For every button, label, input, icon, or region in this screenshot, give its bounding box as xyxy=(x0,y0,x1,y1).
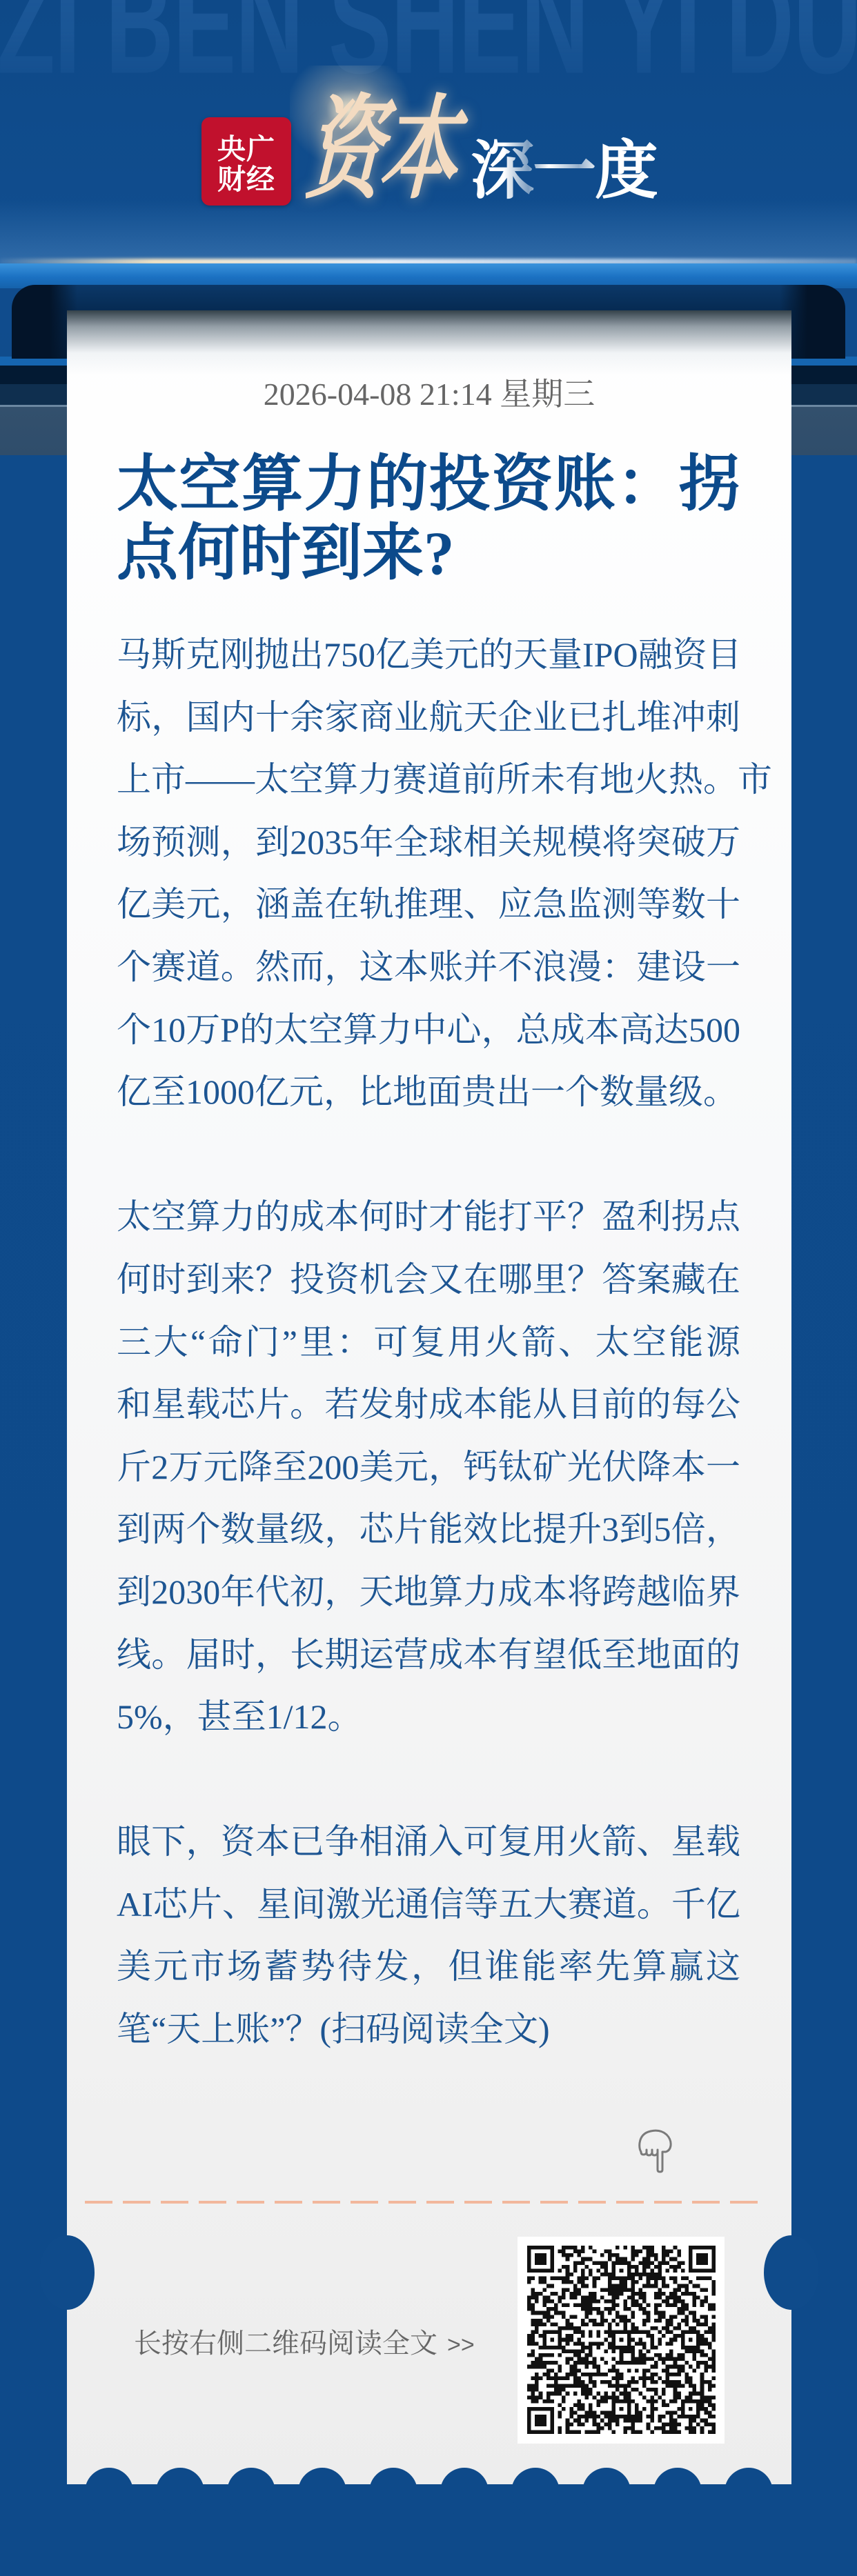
scallop xyxy=(85,2468,133,2516)
column-title-calligraphy: 资本 xyxy=(302,94,460,206)
scallop xyxy=(440,2468,489,2516)
body-line: 眼下，资本已争相涌入可复用火箭、星载 xyxy=(117,1810,740,1873)
ticket-notch-right xyxy=(764,2235,819,2310)
scallop xyxy=(653,2468,702,2516)
hand-pointing-down-icon xyxy=(638,2129,673,2173)
title-line: 点何时到来? xyxy=(117,519,740,588)
paragraph: 眼下，资本已争相涌入可复用火箭、星载 AI芯片、星间激光通信等五大赛道。千亿 美… xyxy=(117,1810,740,2060)
body-line: 和星载芯片。若发射成本能从目前的每公 xyxy=(117,1373,740,1436)
dashed-divider xyxy=(85,2201,768,2204)
body-line: 5%，甚至1/12。 xyxy=(117,1686,740,1748)
qr-code-pattern xyxy=(527,2246,716,2434)
paragraph: 太空算力的成本何时才能打平？盈利拐点 何时到来？投资机会又在哪里？答案藏在 三大… xyxy=(117,1186,740,1748)
hint-text: 长按右侧二维码阅读全文 xyxy=(134,2328,437,2359)
scallop xyxy=(227,2468,275,2516)
paper-top-shadow xyxy=(67,310,791,376)
double-chevron-right-icon: >> xyxy=(447,2332,475,2358)
publish-datetime: 2026-04-08 21:14 星期三 xyxy=(67,374,791,415)
body-line: 上市——太空算力赛道前所未有地火热。市 xyxy=(117,748,740,811)
body-line: 三大“命门”里：可复用火箭、太空能源 xyxy=(117,1311,740,1374)
article-paper: 2026-04-08 21:14 星期三 太空算力的投资账：拐 点何时到来? 马… xyxy=(67,310,791,2484)
title-line: 太空算力的投资账：拐 xyxy=(117,450,740,519)
body-line: 何时到来？投资机会又在哪里？答案藏在 xyxy=(117,1248,740,1311)
ticket-notch-left xyxy=(39,2235,95,2310)
scallop xyxy=(725,2468,773,2516)
body-line: 亿至1000亿元，比地面贵出一个数量级。 xyxy=(117,1061,740,1124)
scallop xyxy=(511,2468,560,2516)
logo-line-2: 财经 xyxy=(217,164,275,194)
read-full-hint: 长按右侧二维码阅读全文>> xyxy=(134,2328,475,2360)
body-line: 笔“天上账”？(扫码阅读全文) xyxy=(117,1998,740,2061)
body-line: 美元市场蓄势待发，但谁能率先算赢这 xyxy=(117,1935,740,1998)
logo-line-1: 央广 xyxy=(217,134,275,164)
body-line: 马斯克刚抛出750亿美元的天量IPO融资目 xyxy=(117,623,740,686)
body-line: 线。届时，长期运营成本有望低至地面的 xyxy=(117,1624,740,1686)
body-line: 标，国内十余家商业航天企业已扎堆冲刺 xyxy=(117,686,740,749)
scallop xyxy=(582,2468,631,2516)
body-line: 斤2万元降至200美元，钙钛矿光伏降本一 xyxy=(117,1436,740,1499)
body-line: 个赛道。然而，这本账并不浪漫：建设一 xyxy=(117,936,740,999)
article-title: 太空算力的投资账：拐 点何时到来? xyxy=(117,450,740,588)
header-watermark: ZI BEN SHEN YI DU xyxy=(0,0,857,97)
body-line: 到2030年代初，天地算力成本将跨越临界 xyxy=(117,1561,740,1624)
body-line: 到两个数量级，芯片能效比提升3到5倍， xyxy=(117,1498,740,1561)
cnr-finance-logo: 央广 财经 xyxy=(201,117,291,206)
scallop xyxy=(298,2468,346,2516)
body-line: AI芯片、星间激光通信等五大赛道。千亿 xyxy=(117,1873,740,1936)
qr-code[interactable] xyxy=(518,2237,725,2444)
scallop xyxy=(156,2468,204,2516)
column-title-bold: 深一度 xyxy=(471,135,657,207)
body-line: 个10万P的太空算力中心，总成本高达500 xyxy=(117,999,740,1061)
article-body: 马斯克刚抛出750亿美元的天量IPO融资目 标，国内十余家商业航天企业已扎堆冲刺… xyxy=(117,623,740,2123)
body-line: 太空算力的成本何时才能打平？盈利拐点 xyxy=(117,1186,740,1248)
body-line: 亿美元，涵盖在轨推理、应急监测等数十 xyxy=(117,873,740,936)
scallop xyxy=(369,2468,417,2516)
paragraph: 马斯克刚抛出750亿美元的天量IPO融资目 标，国内十余家商业航天企业已扎堆冲刺… xyxy=(117,623,740,1124)
body-line: 场预测，到2035年全球相关规模将突破万 xyxy=(117,811,740,874)
